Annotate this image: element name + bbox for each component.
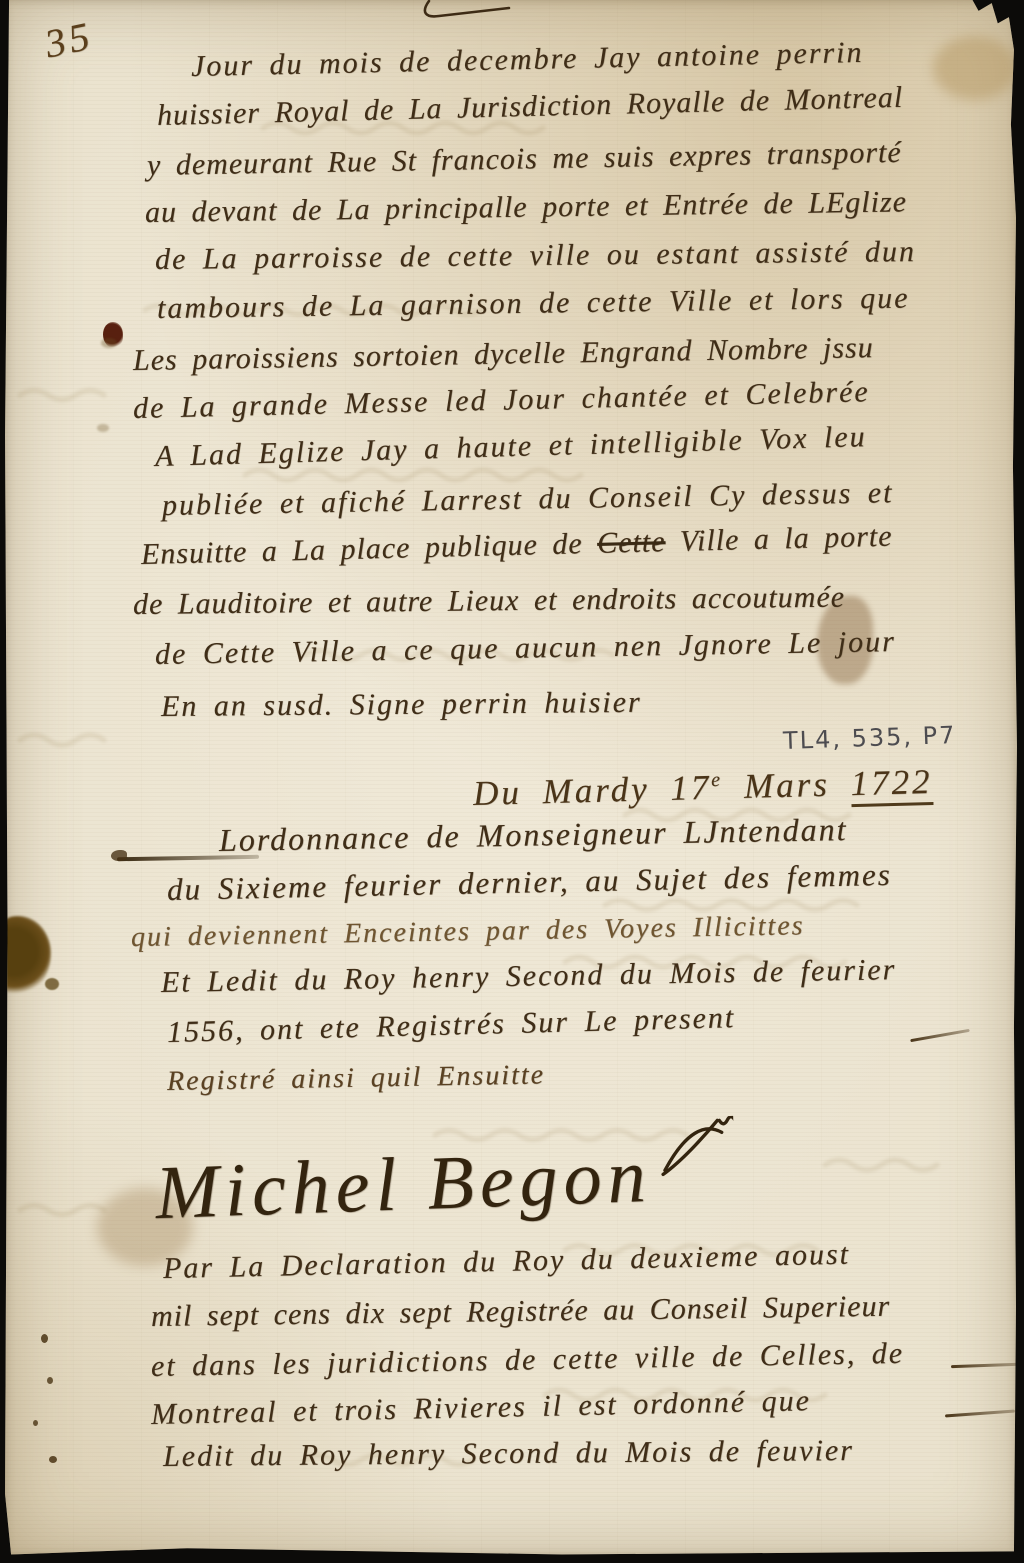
edge-speck [47, 1377, 53, 1384]
manuscript-page: 35 Jour du mois de decembre Jay antoine … [5, 0, 1017, 1556]
manuscript-line-segment: Ville a la porte [665, 520, 893, 559]
date-heading-prefix: Du Mardy 17 [473, 768, 712, 813]
scanned-document: 35 Jour du mois de decembre Jay antoine … [0, 0, 1024, 1563]
foxing-stain [933, 36, 1017, 100]
struck-out-word: Cette [597, 525, 666, 560]
top-flourish-mark [417, 0, 517, 24]
edge-speck [49, 1456, 57, 1463]
manuscript-line: En an susd. Signe perrin huisier [161, 686, 642, 724]
signature-paraph [655, 1112, 736, 1202]
page-number: 35 [41, 12, 98, 68]
edge-speck [41, 1334, 48, 1343]
manuscript-line: Ledit du Roy henry Second du Mois de feu… [163, 1434, 854, 1474]
edge-speck [33, 1420, 38, 1426]
signature-name: Michel Begon [154, 1134, 653, 1235]
margin-mark [101, 338, 117, 348]
date-ordinal: e [711, 769, 723, 791]
ink-blot-satellite [45, 978, 59, 990]
signature-michel-begon: Michel Begon [153, 1112, 736, 1237]
pen-sweep-knot [111, 850, 127, 861]
manuscript-line: Registré ainsi quil Ensuitte [167, 1059, 546, 1098]
margin-mark [97, 424, 109, 432]
date-heading-month: Mars [723, 764, 851, 806]
underlined-year: 1722 [850, 762, 933, 807]
